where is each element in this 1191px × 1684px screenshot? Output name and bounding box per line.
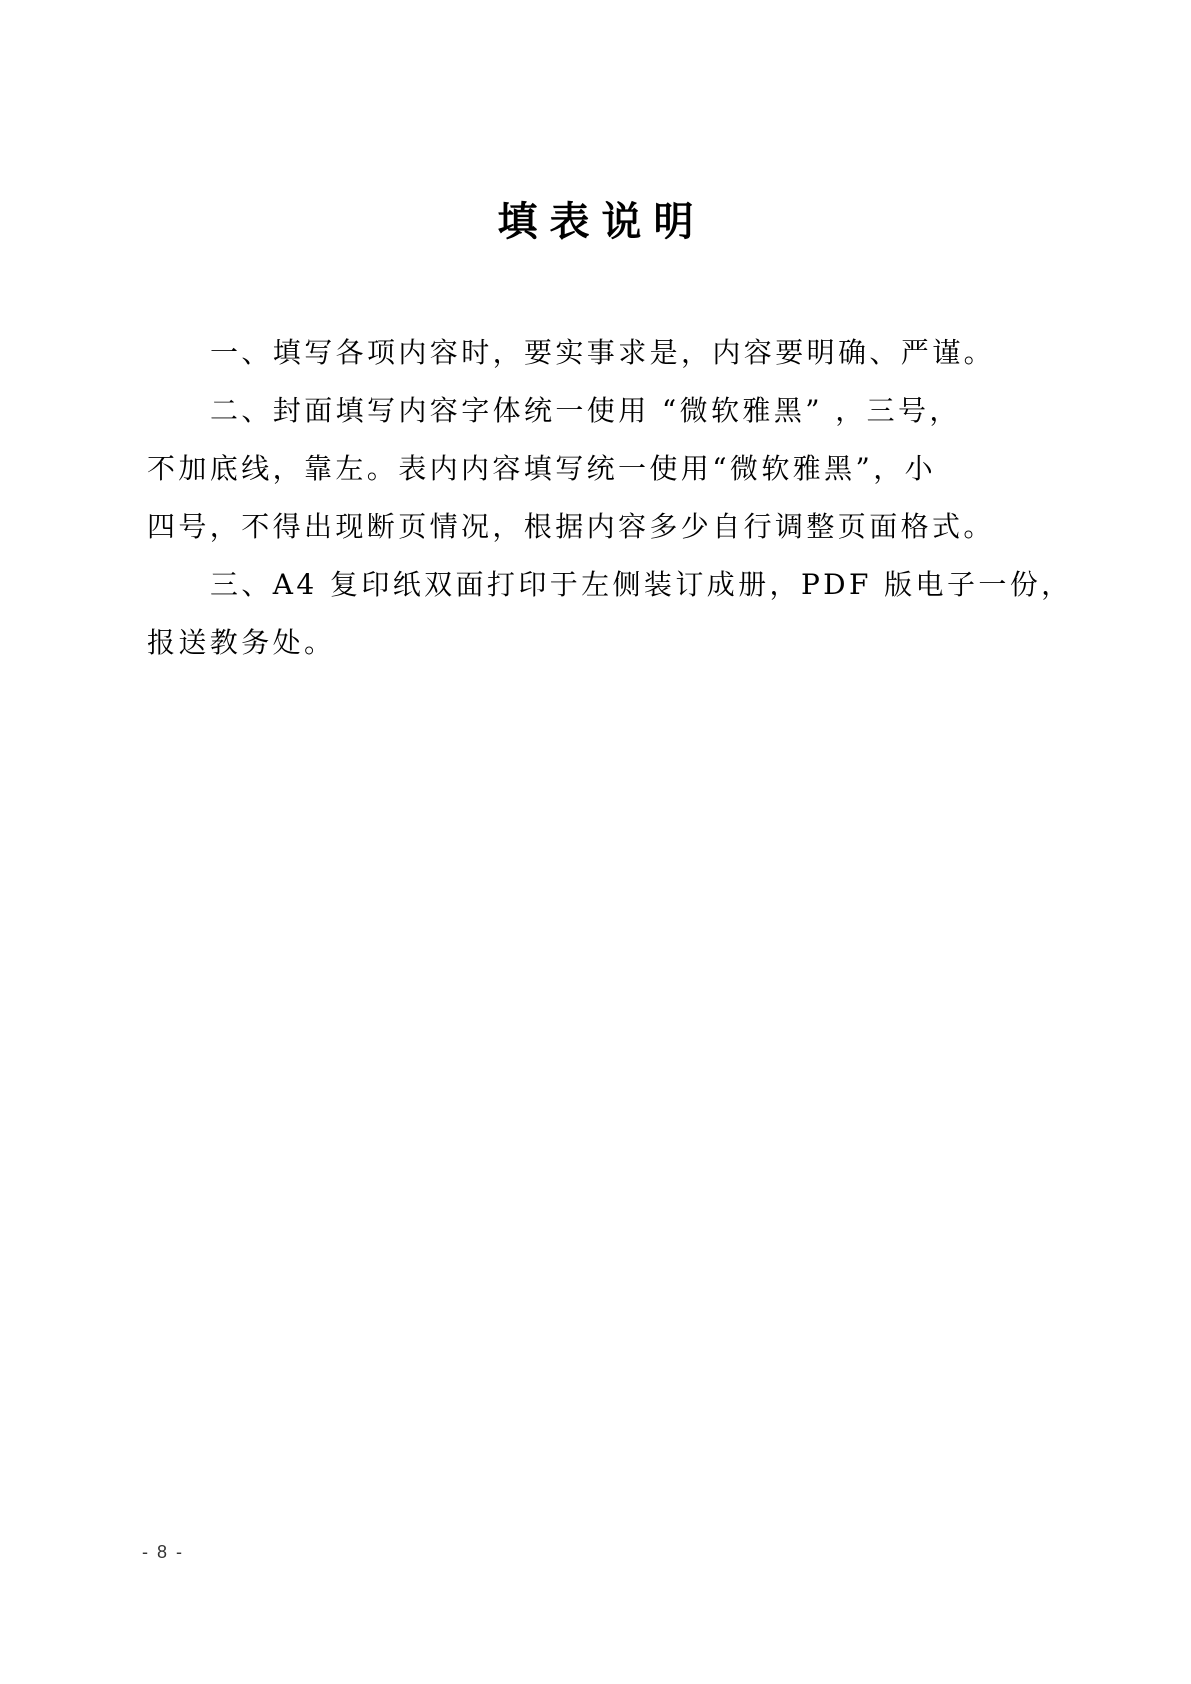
instruction-line-4: 四号，不得出现断页情况，根据内容多少自行调整页面格式。 <box>147 509 995 545</box>
instruction-line-2: 二、封面填写内容字体统一使用 “微软雅黑” ，三号， <box>210 393 961 429</box>
page-number: - 8 - <box>142 1542 184 1563</box>
instruction-line-6: 报送教务处。 <box>147 625 335 661</box>
instruction-line-1: 一、填写各项内容时，要实事求是，内容要明确、严谨。 <box>210 335 995 371</box>
instruction-line-3: 不加底线，靠左。表内内容填写统一使用“微软雅黑”，小 <box>147 451 936 487</box>
page-title: 填表说明 <box>0 198 1191 246</box>
instruction-line-5: 三、A4 复印纸双面打印于左侧装订成册，PDF 版电子一份， <box>210 567 1073 603</box>
